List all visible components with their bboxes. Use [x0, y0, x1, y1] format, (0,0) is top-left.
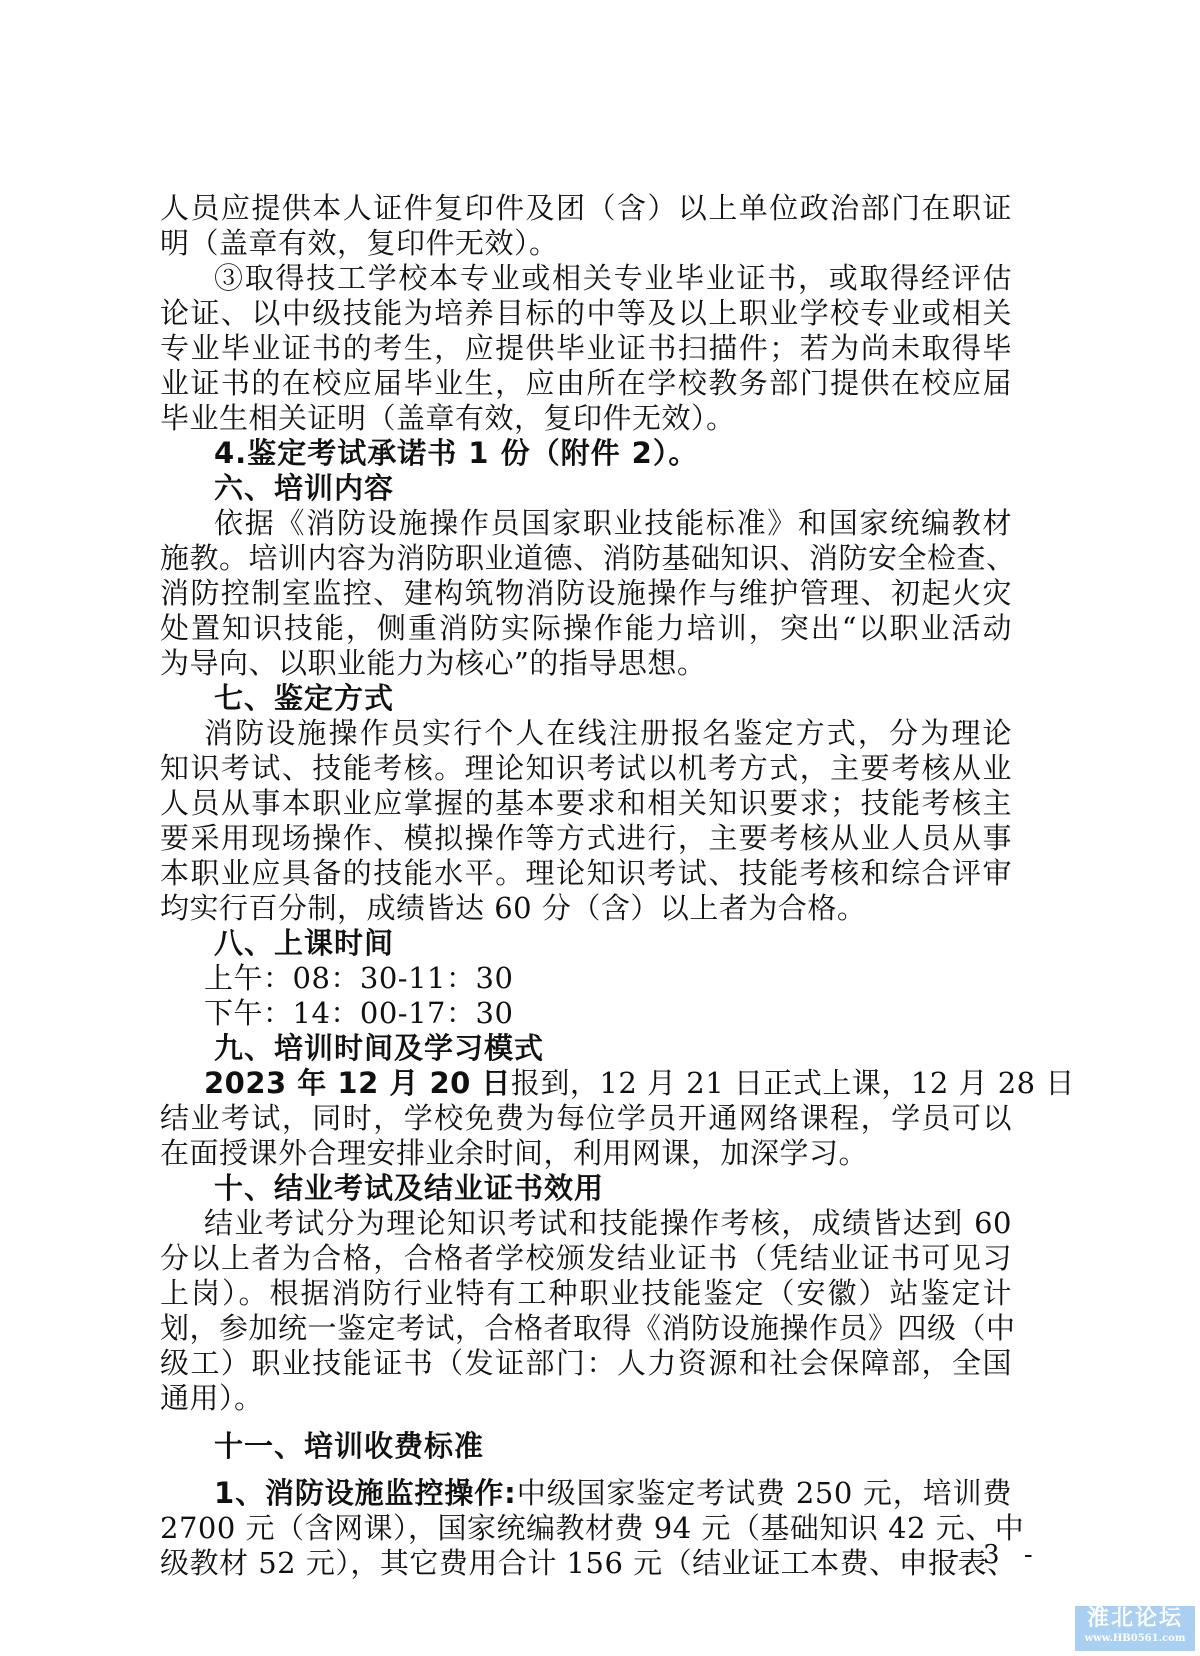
line-text: 报到，12 月 21 日正式上课，12 月 28 日 — [511, 1066, 1075, 1100]
line-text: 下午：14：00-17：30 — [204, 996, 513, 1030]
line-text: 划，参加统一鉴定考试，合格者取得《消防设施操作员》四级（中 — [160, 1311, 1016, 1345]
line-text: 消防设施操作员实行个人在线注册报名鉴定方式，分为理论 — [204, 716, 1012, 750]
watermark-title: 淮北论坛 — [1075, 1606, 1195, 1632]
line-text: 上岗）。根据消防行业特有工种职业技能鉴定（安徽）站鉴定计 — [160, 1276, 1012, 1310]
line-text: 为导向、以职业能力为核心”的指导思想。 — [160, 646, 706, 680]
text-line: 专业毕业证书的考生，应提供毕业证书扫描件；若为尚未取得毕 — [160, 330, 1012, 366]
text-line: 下午：14：00-17：30 — [204, 995, 1012, 1031]
line-text: 上午：08：30-11：30 — [204, 961, 513, 995]
line-text: ③取得技工学校本专业或相关专业毕业证书，或取得经评估 — [214, 261, 1012, 295]
forum-watermark: 淮北论坛 www.HB0561.com — [1075, 1606, 1195, 1651]
bold-prefix: 1、消防设施监控操作: — [214, 1476, 516, 1510]
line-text: 八、上课时间 — [214, 926, 394, 960]
line-text: 在面授课外合理安排业余时间，利用网课，加深学习。 — [160, 1136, 868, 1170]
line-text: 4.鉴定考试承诺书 1 份（附件 2）。 — [214, 436, 698, 470]
line-text: 结业考试，同时，学校免费为每位学员开通网络课程，学员可以 — [160, 1101, 1012, 1135]
line-text: 中级国家鉴定考试费 250 元，培训费 — [516, 1476, 1012, 1510]
text-line: 业证书的在校应届毕业生，应由所在学校教务部门提供在校应届 — [160, 365, 1012, 401]
text-line: 本职业应具备的技能水平。理论知识考试、技能考核和综合评审 — [160, 855, 1012, 891]
text-line: ③取得技工学校本专业或相关专业毕业证书，或取得经评估 — [214, 260, 1012, 296]
text-line: 处置知识技能，侧重消防实际操作能力培训，突出“以职业活动 — [160, 610, 1012, 646]
section-heading: 七、鉴定方式 — [214, 680, 1012, 716]
line-text: 消防控制室监控、建构筑物消防设施操作与维护管理、初起火灾 — [160, 576, 1012, 610]
text-line: 为导向、以职业能力为核心”的指导思想。 — [160, 645, 1012, 681]
text-line: 施教。培训内容为消防职业道德、消防基础知识、消防安全检查、 — [160, 540, 1012, 576]
line-text: 级工）职业技能证书（发证部门：人力资源和社会保障部，全国 — [160, 1346, 1012, 1380]
section-heading: 六、培训内容 — [214, 470, 1012, 506]
text-line: 论证、以中级技能为培养目标的中等及以上职业学校专业或相关 — [160, 295, 1012, 331]
text-line: 毕业生相关证明（盖章有效，复印件无效）。 — [160, 400, 1012, 436]
line-text: 通用）。 — [160, 1381, 264, 1415]
text-line: 要采用现场操作、模拟操作等方式进行，主要考核从业人员从事 — [160, 820, 1012, 856]
text-line: 知识考试、技能考核。理论知识考试以机考方式，主要考核从业 — [160, 750, 1012, 786]
line-text: 十、结业考试及结业证书效用 — [214, 1171, 604, 1205]
line-text: 六、培训内容 — [214, 471, 394, 505]
text-line: 结业考试分为理论知识考试和技能操作考核，成绩皆达到 60 — [204, 1205, 1012, 1241]
section-heading: 十一、培训收费标准 — [214, 1428, 1012, 1464]
section-heading: 十、结业考试及结业证书效用 — [214, 1170, 1012, 1206]
text-line: 1、消防设施监控操作:中级国家鉴定考试费 250 元，培训费 — [214, 1475, 1012, 1511]
text-line: 人员应提供本人证件复印件及团（含）以上单位政治部门在职证 — [160, 190, 1012, 226]
text-line: 结业考试，同时，学校免费为每位学员开通网络课程，学员可以 — [160, 1100, 1012, 1136]
section-heading: 九、培训时间及学习模式 — [214, 1030, 1012, 1066]
section-heading: 八、上课时间 — [214, 925, 1012, 961]
text-line: 分以上者为合格，合格者学校颁发结业证书（凭结业证书可见习 — [160, 1240, 1012, 1276]
line-text: 要采用现场操作、模拟操作等方式进行，主要考核从业人员从事 — [160, 821, 1012, 855]
line-text: 2700 元（含网课），国家统编教材费 94 元（基础知识 42 元、中 — [160, 1511, 1024, 1545]
text-line: 均实行百分制，成绩皆达 60 分（含）以上者为合格。 — [160, 890, 1012, 926]
line-text: 施教。培训内容为消防职业道德、消防基础知识、消防安全检查、 — [160, 541, 1016, 575]
line-text: 依据《消防设施操作员国家职业技能标准》和国家统编教材 — [214, 506, 1012, 540]
text-line: 在面授课外合理安排业余时间，利用网课，加深学习。 — [160, 1135, 1012, 1171]
text-line: 上岗）。根据消防行业特有工种职业技能鉴定（安徽）站鉴定计 — [160, 1275, 1012, 1311]
line-text: 七、鉴定方式 — [214, 681, 394, 715]
line-text: 均实行百分制，成绩皆达 60 分（含）以上者为合格。 — [160, 891, 866, 925]
text-line: 划，参加统一鉴定考试，合格者取得《消防设施操作员》四级（中 — [160, 1310, 1012, 1346]
text-line: 依据《消防设施操作员国家职业技能标准》和国家统编教材 — [214, 505, 1012, 541]
section-heading: 4.鉴定考试承诺书 1 份（附件 2）。 — [214, 435, 1012, 471]
line-text: 明（盖章有效，复印件无效）。 — [160, 226, 559, 260]
text-line: 消防控制室监控、建构筑物消防设施操作与维护管理、初起火灾 — [160, 575, 1012, 611]
line-text: 分以上者为合格，合格者学校颁发结业证书（凭结业证书可见习 — [160, 1241, 1012, 1275]
line-text: 知识考试、技能考核。理论知识考试以机考方式，主要考核从业 — [160, 751, 1012, 785]
line-text: 毕业生相关证明（盖章有效，复印件无效）。 — [160, 401, 736, 435]
watermark-url: www.HB0561.com — [1075, 1632, 1195, 1646]
document-page: 人员应提供本人证件复印件及团（含）以上单位政治部门在职证明（盖章有效，复印件无效… — [0, 0, 1200, 1656]
page-number: - 3 - — [950, 1540, 1041, 1570]
line-text: 业证书的在校应届毕业生，应由所在学校教务部门提供在校应届 — [160, 366, 1012, 400]
line-text: 十一、培训收费标准 — [214, 1429, 484, 1463]
bold-prefix: 2023 年 12 月 20 日 — [204, 1066, 511, 1100]
text-line: 上午：08：30-11：30 — [204, 960, 1012, 996]
text-line: 明（盖章有效，复印件无效）。 — [160, 225, 1012, 261]
line-text: 人员从事本职业应掌握的基本要求和相关知识要求；技能考核主 — [160, 786, 1012, 820]
line-text: 论证、以中级技能为培养目标的中等及以上职业学校专业或相关 — [160, 296, 1012, 330]
text-line: 消防设施操作员实行个人在线注册报名鉴定方式，分为理论 — [204, 715, 1012, 751]
line-text: 处置知识技能，侧重消防实际操作能力培训，突出“以职业活动 — [160, 611, 1012, 645]
text-line: 2023 年 12 月 20 日报到，12 月 21 日正式上课，12 月 28… — [204, 1065, 1012, 1101]
line-text: 结业考试分为理论知识考试和技能操作考核，成绩皆达到 60 — [204, 1206, 1012, 1240]
text-line: 人员从事本职业应掌握的基本要求和相关知识要求；技能考核主 — [160, 785, 1012, 821]
line-text: 级教材 52 元），其它费用合计 156 元（结业证工本费、申报表、 — [160, 1546, 1017, 1580]
text-line: 通用）。 — [160, 1380, 1012, 1416]
text-line: 级教材 52 元），其它费用合计 156 元（结业证工本费、申报表、 — [160, 1545, 1012, 1581]
text-line: 级工）职业技能证书（发证部门：人力资源和社会保障部，全国 — [160, 1345, 1012, 1381]
line-text: 专业毕业证书的考生，应提供毕业证书扫描件；若为尚未取得毕 — [160, 331, 1012, 365]
line-text: 人员应提供本人证件复印件及团（含）以上单位政治部门在职证 — [160, 191, 1012, 225]
line-text: 本职业应具备的技能水平。理论知识考试、技能考核和综合评审 — [160, 856, 1012, 890]
line-text: 九、培训时间及学习模式 — [214, 1031, 544, 1065]
text-line: 2700 元（含网课），国家统编教材费 94 元（基础知识 42 元、中 — [160, 1510, 1012, 1546]
